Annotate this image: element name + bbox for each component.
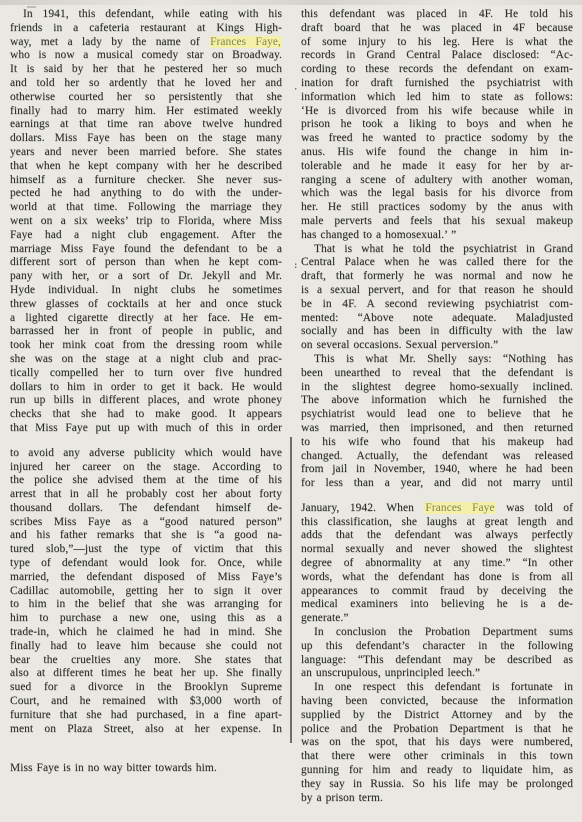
text-line: checks that she had to make good. It app…	[10, 408, 282, 422]
text-line: normal sexually and never showed the sli…	[301, 543, 573, 557]
text-line: was freed he wanted to practice sodomy b…	[301, 132, 573, 146]
text-block: Miss Faye is in no way bitter towards hi…	[10, 762, 282, 776]
text-line: that Miss Faye put up with much of this …	[10, 422, 282, 436]
text-line: who is now a musical comedy star on Broa…	[10, 49, 282, 63]
text-line: records in Grand Central Palace disclose…	[301, 49, 573, 63]
text-line: ranging a scene of adultery with another…	[301, 174, 573, 188]
text-line: words, what the defendant has done is fr…	[301, 571, 573, 585]
text-line: socially and has been in difficulty with…	[301, 325, 573, 339]
text-line: medical examiners into believing he is a…	[301, 598, 573, 612]
text-line: went on a six weeks’ trip to Florida, wh…	[10, 215, 282, 229]
scan-edge-smudge	[0, 0, 582, 5]
text-line: scribes Miss Faye as a “good natured per…	[10, 516, 282, 530]
text-line: up this defendant’s character in the fol…	[301, 640, 573, 654]
text-line: of some injury to his leg. Here is what …	[301, 36, 573, 50]
text-block: this defendant was placed in 4F. He told…	[301, 8, 573, 491]
text-line: barrassed her in front of people in publ…	[10, 325, 282, 339]
text-line: changed. Actually, the defendant was rel…	[301, 450, 573, 464]
text-block: In 1941, this defendant, while eating wi…	[10, 8, 282, 436]
text-line: she was on the stage at a night club and…	[10, 353, 282, 367]
text-line: In one respect this defendant is fortuna…	[301, 681, 573, 695]
text-line: furniture that she had purchased, in a f…	[10, 709, 282, 723]
text-line: That is what he told the psychiatrist in…	[301, 243, 573, 257]
text-line: years and never been married before. She…	[10, 146, 282, 160]
text-line: the police she advised them at the time …	[10, 474, 282, 488]
text-line: run up bills in different places, and wr…	[10, 394, 282, 408]
text-line: friends in a cafeteria restaurant at Kin…	[10, 22, 282, 36]
text-line: way, met a lady by the name of Frances F…	[10, 36, 282, 50]
text-line: arrest that in all he probably cost her …	[10, 488, 282, 502]
text-line: language: “This defendant may be describ…	[301, 654, 573, 668]
text-line: draft board that he was placed in 4F bec…	[301, 22, 573, 36]
text-line: threw glasses of cocktails at her and on…	[10, 298, 282, 312]
text-line: information which led him to state as fo…	[301, 91, 573, 105]
text-line: also at different times he beat her up. …	[10, 667, 282, 681]
text-line: a lighted cigarette directly at her face…	[10, 312, 282, 326]
text-line: In 1941, this defendant, while eating wi…	[10, 8, 282, 22]
text-line: trade-in, which he claimed he had in min…	[10, 626, 282, 640]
text-line: prison he took a liking to boys and when…	[301, 118, 573, 132]
text-line: has changed to a homosexual.’ ”	[301, 229, 573, 243]
text-line: police and the Probation Department is t…	[301, 723, 573, 737]
text-line: pected he had anything to do with the un…	[10, 187, 282, 201]
scanned-document-page: In 1941, this defendant, while eating wi…	[0, 0, 582, 822]
text-line: which was the legal basis for his divorc…	[301, 187, 573, 201]
text-block: to avoid any adverse publicity which wou…	[10, 447, 282, 737]
text-line: thousand dollars. The defendant himself …	[10, 502, 282, 516]
text-line: adds that the defendant was always perfe…	[301, 529, 573, 543]
text-line: Court, and he remained with $3,000 worth…	[10, 695, 282, 709]
text-line: pany with her, or a sort of Dr. Jekyll a…	[10, 270, 282, 284]
text-line: otherwise courted her so persistently th…	[10, 91, 282, 105]
text-line: It is said by her that he pestered her s…	[10, 63, 282, 77]
text-line: ‘He is divorced from his wife because wh…	[301, 105, 573, 119]
left-column: In 1941, this defendant, while eating wi…	[10, 8, 282, 776]
text-line: sued for a divorce in the Brooklyn Supre…	[10, 681, 282, 695]
text-line: tically compelled her to turn over five …	[10, 367, 282, 381]
text-line: by a prison term.	[301, 792, 573, 806]
text-line: ination for draft furnished the psychiat…	[301, 77, 573, 91]
scan-artifact-colon: :	[293, 262, 298, 271]
text-line: dollars to him in order to get it back. …	[10, 381, 282, 395]
text-line: generate.”	[301, 612, 573, 626]
text-line: married, the defendant disposed of Miss …	[10, 571, 282, 585]
text-line: anus. His wife found the change in him i…	[301, 146, 573, 160]
text-block: January, 1942. When Frances Faye was tol…	[301, 502, 573, 806]
text-line: bear the cruelties any more. She states …	[10, 654, 282, 668]
text-line: Miss Faye is in no way bitter towards hi…	[10, 762, 282, 776]
text-line: in the slightest degree homo-sexually in…	[301, 381, 573, 395]
scan-artifact-vertical-line	[290, 437, 292, 743]
text-line: that there were other criminals in this …	[301, 750, 573, 764]
text-line: be in 4F. A second reviewing psychiatris…	[301, 298, 573, 312]
text-line: him to purchase a new one, using this as…	[10, 612, 282, 626]
text-line: injured her career on the stage. Accordi…	[10, 461, 282, 475]
text-line: they say in Russia. So his life may be p…	[301, 778, 573, 792]
text-line: finally had to marry him. Her estimated …	[10, 105, 282, 119]
text-line: Central Palace when he was called there …	[301, 256, 573, 270]
text-line: This is what Mr. Shelly says: “Nothing h…	[301, 353, 573, 367]
text-line: to his wife who found that his makeup ha…	[301, 436, 573, 450]
text-line: this defendant was placed in 4F. He told…	[301, 8, 573, 22]
text-line: took her mink coat from the dressing roo…	[10, 339, 282, 353]
text-line: to him in the belief that she was arrang…	[10, 598, 282, 612]
text-line: that when he kept company with her he de…	[10, 160, 282, 174]
text-line: marriage Miss Faye found the defendant t…	[10, 243, 282, 257]
text-line: cording to these records the defendant o…	[301, 63, 573, 77]
right-column: this defendant was placed in 4F. He told…	[301, 8, 573, 805]
scan-artifact-dot: ·	[293, 86, 298, 95]
text-line: was married, then imprisoned, and then r…	[301, 422, 573, 436]
text-line: Cadillac automobile, getting her to sign…	[10, 585, 282, 599]
text-line: is a sexual pervert, and for that reason…	[301, 284, 573, 298]
text-line: from jail in November, 1940, where he ha…	[301, 463, 573, 477]
text-line: an unscrupulous, unprincipled leech.”	[301, 667, 573, 681]
text-line: this classification, she laughs at great…	[301, 516, 573, 530]
text-line: earnings at that time ran above twelve h…	[10, 118, 282, 132]
highlighted-name: Frances Faye	[424, 502, 495, 514]
text-line: been unearthed to reveal that the defend…	[301, 367, 573, 381]
text-line: tured slob,”—just the type of victim tha…	[10, 543, 282, 557]
text-line: dollars. Miss Faye has been on the stage…	[10, 132, 282, 146]
text-line: In conclusion the Probation Department s…	[301, 626, 573, 640]
text-line: male perverts and feels that his sexual …	[301, 215, 573, 229]
text-line: finally had to leave him because she cou…	[10, 640, 282, 654]
text-line: degree of abnormality at any time.” “In …	[301, 557, 573, 571]
text-line: and told her so ardently that he loved h…	[10, 77, 282, 91]
text-line: himself as a furniture checker. She neve…	[10, 174, 282, 188]
text-line: on several occasions. Sexual perversion.…	[301, 339, 573, 353]
text-line: draft, that formerly he was normal and n…	[301, 270, 573, 284]
text-line: Faye had a night club engagement. After …	[10, 229, 282, 243]
text-line: different sort of person than when he ke…	[10, 256, 282, 270]
text-line: world at that time. Following the marria…	[10, 201, 282, 215]
text-line: Hyde individual. In night clubs he somet…	[10, 284, 282, 298]
text-line: tolerable and he made it easy for her by…	[301, 160, 573, 174]
text-line: for less than a year, and did not marry …	[301, 477, 573, 491]
text-line: The above information which he furnished…	[301, 394, 573, 408]
text-line: January, 1942. When Frances Faye was tol…	[301, 502, 573, 516]
text-line: supplied by the District Attorney and by…	[301, 709, 573, 723]
text-line: and his father remarks that she is “a go…	[10, 529, 282, 543]
text-line: psychiatrist would lead one to believe t…	[301, 408, 573, 422]
text-line: her. He still practices sodomy by the an…	[301, 201, 573, 215]
text-line: mented: “Above note adequate. Maladjuste…	[301, 312, 573, 326]
text-line: appearances to commit fraud by deceiving…	[301, 585, 573, 599]
text-line: gunning for him and ready to liquidate h…	[301, 764, 573, 778]
text-line: was on the spot, that his days were numb…	[301, 736, 573, 750]
text-line: having been convicted, because the infor…	[301, 695, 573, 709]
text-line: type of defendant would look for. Once, …	[10, 557, 282, 571]
text-line: to avoid any adverse publicity which wou…	[10, 447, 282, 461]
text-line: ment on Plaza Street, also at her expens…	[10, 723, 282, 737]
highlighted-name: Frances Faye,	[209, 36, 282, 48]
